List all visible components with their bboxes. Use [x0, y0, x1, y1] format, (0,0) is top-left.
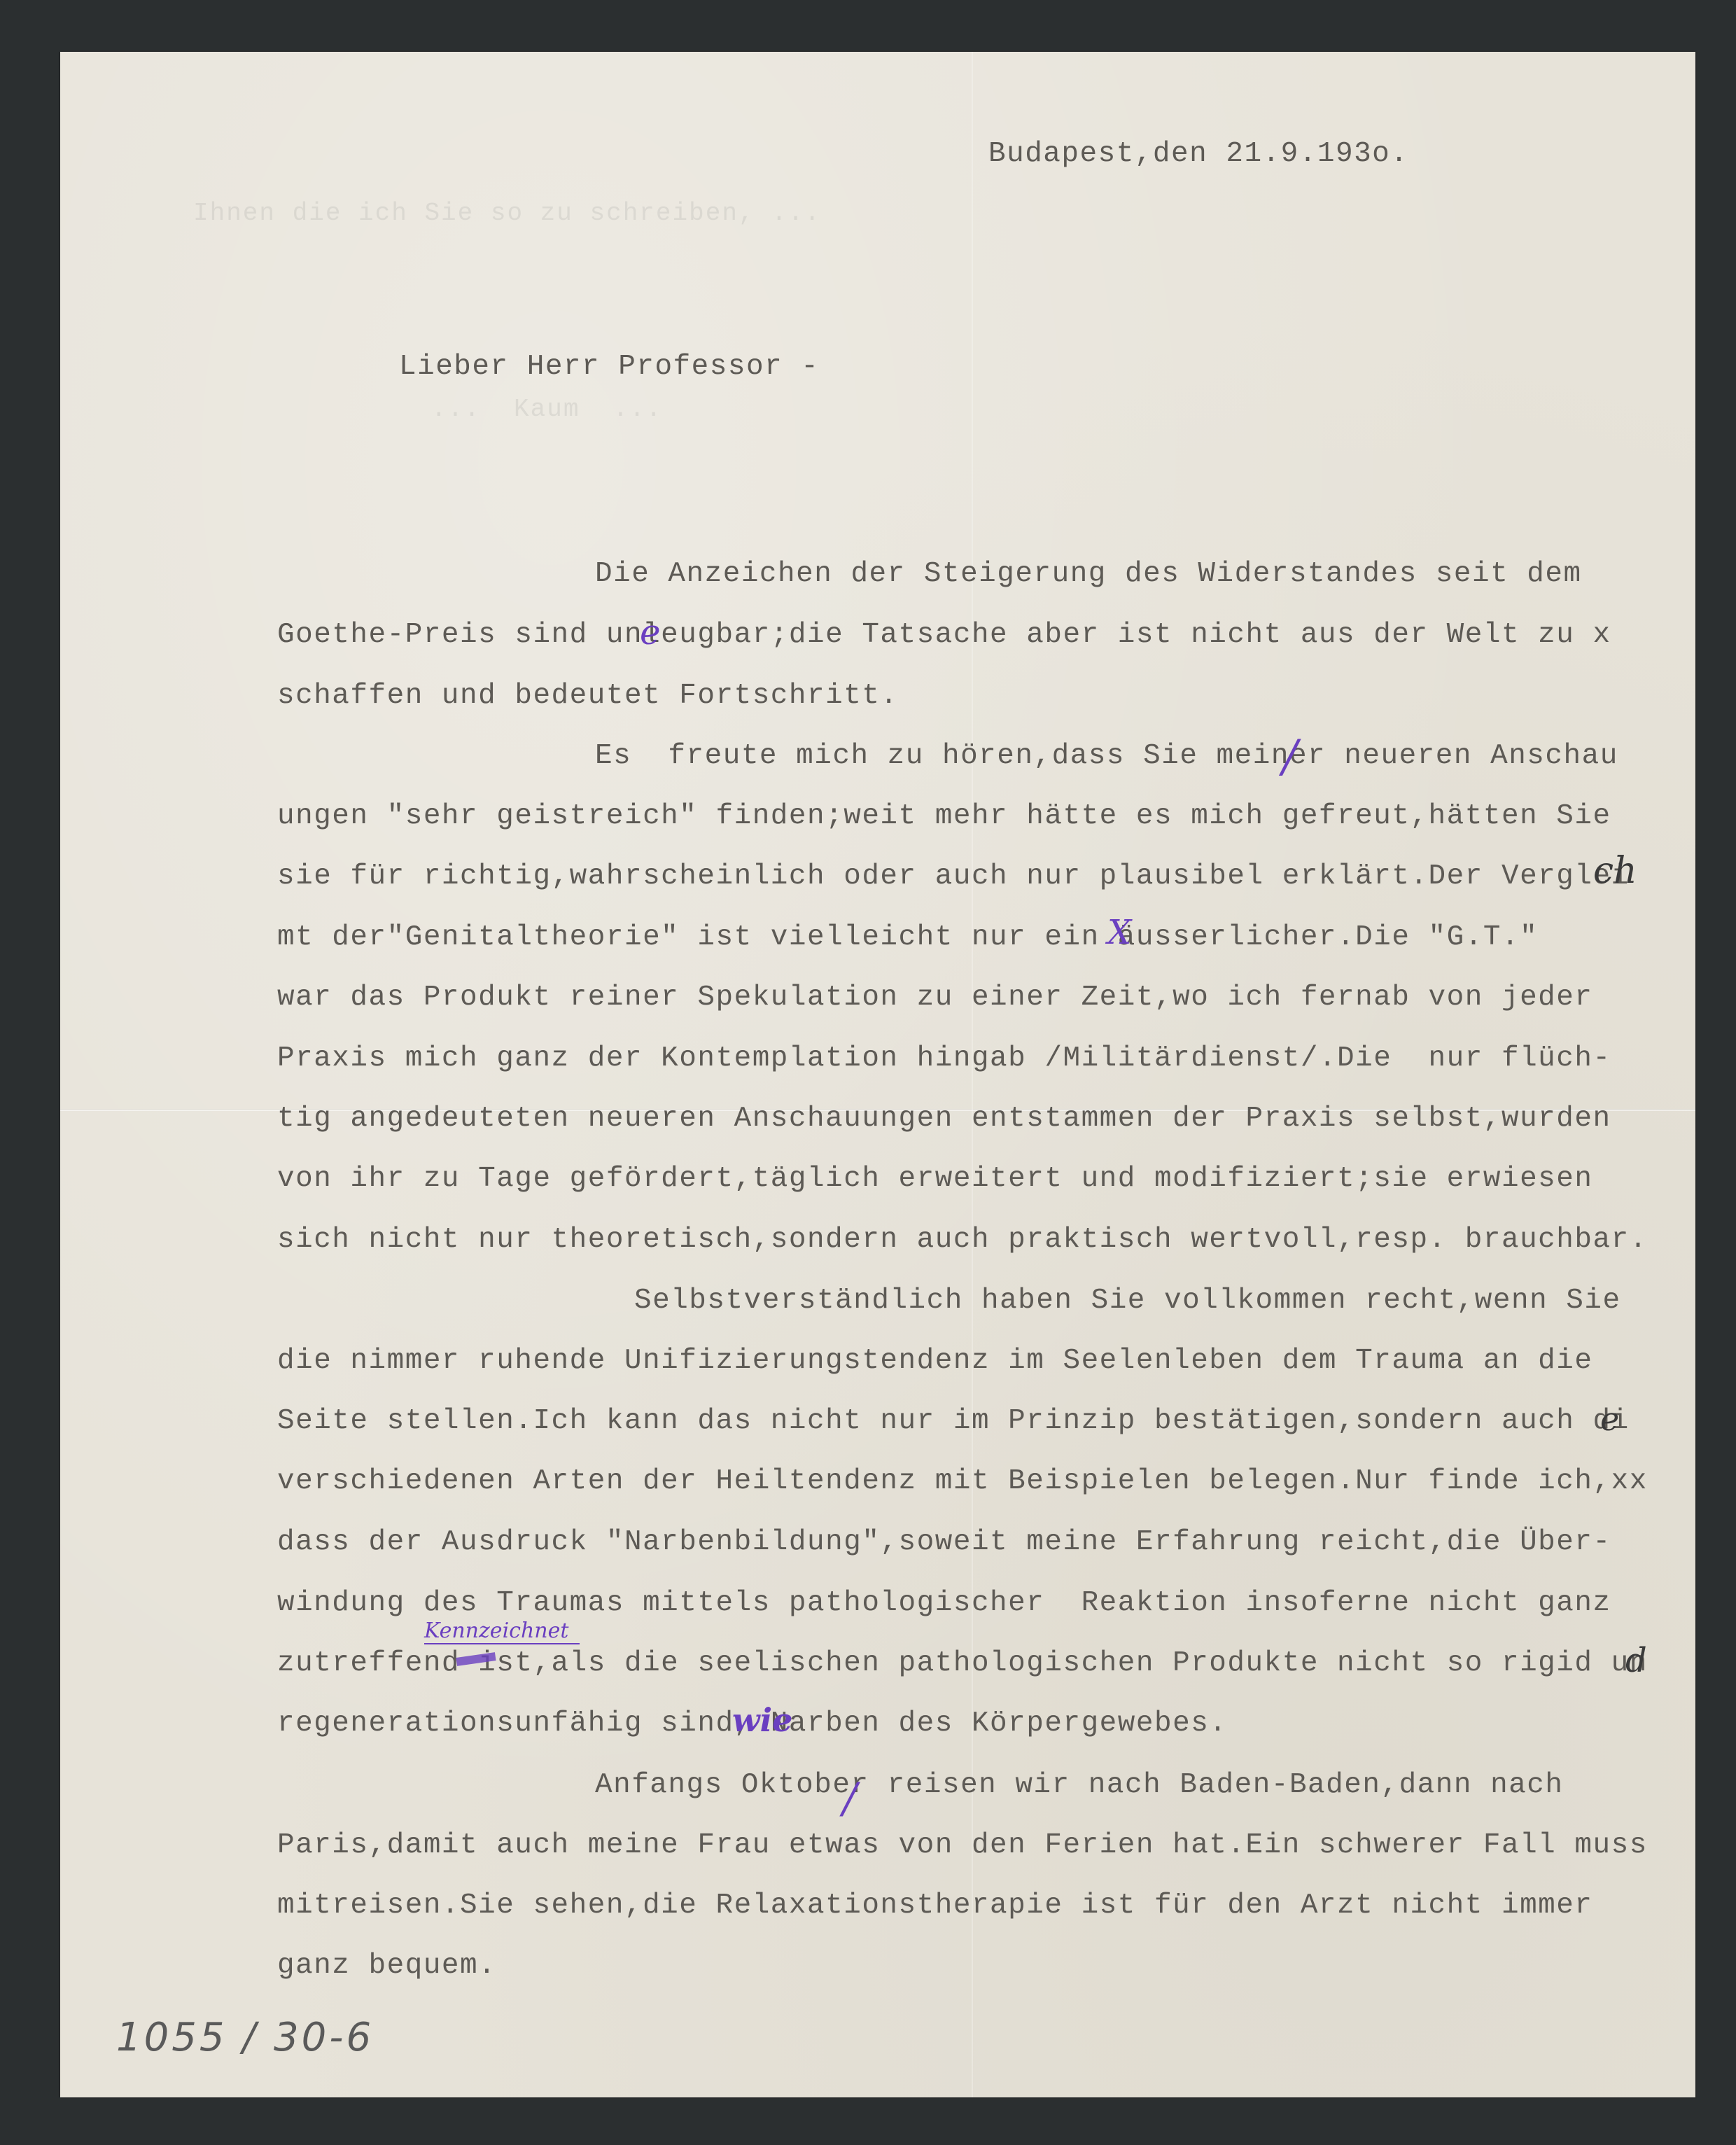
body-line: Es freute mich zu hören,dass Sie meiner … — [595, 742, 1618, 771]
body-line: dass der Ausdruck "Narbenbildung",soweit… — [277, 1528, 1611, 1557]
body-line: tig angedeuteten neueren Anschauungen en… — [277, 1105, 1611, 1133]
handwritten-strike: X — [1107, 913, 1131, 952]
body-line: Selbstverständlich haben Sie vollkommen … — [634, 1287, 1621, 1315]
body-line: war das Produkt reiner Spekulation zu ei… — [277, 984, 1593, 1012]
handwritten-insertion: Kennzeichnet — [424, 1619, 580, 1644]
body-line: Praxis mich ganz der Kontemplation hinga… — [277, 1044, 1611, 1073]
body-line: ungen "sehr geistreich" finden;weit mehr… — [277, 802, 1611, 831]
body-line: mitreisen.Sie sehen,die Relaxationsthera… — [277, 1892, 1593, 1920]
handwritten-strike: / — [843, 1774, 857, 1823]
body-line: Paris,damit auch meine Frau etwas von de… — [277, 1831, 1648, 1860]
body-line: Seite stellen.Ich kann das nicht nur im … — [277, 1407, 1630, 1436]
body-line: die nimmer ruhende Unifizierungstendenz … — [277, 1347, 1593, 1376]
body-line: Anfangs Oktober reisen wir nach Baden-Ba… — [595, 1771, 1564, 1800]
handwritten-strike: / — [1282, 731, 1298, 783]
archive-number: 1055 / 30-6 — [116, 2015, 374, 2060]
body-line: sich nicht nur theoretisch,sondern auch … — [277, 1226, 1648, 1255]
body-line: mt der"Genitaltheorie" ist vielleicht nu… — [277, 923, 1538, 952]
bleed-through-text: ... Kaum ... — [431, 395, 662, 424]
bleed-through-text: Ihnen die ich Sie so zu schreiben, ... — [193, 199, 821, 228]
handwritten-correction: e — [640, 612, 661, 652]
body-line: windung des Traumas mittels pathologisch… — [277, 1589, 1611, 1618]
handwritten-insertion: wie — [732, 1701, 792, 1739]
handwritten-correction: d — [1625, 1641, 1647, 1680]
handwritten-correction: e — [1600, 1400, 1619, 1438]
body-line: sie für richtig,wahrscheinlich oder auch… — [277, 862, 1630, 891]
salutation: Lieber Herr Professor - — [399, 353, 819, 382]
handwritten-correction: ch — [1593, 850, 1637, 892]
body-line: Goethe-Preis sind unleugbar;die Tatsache… — [277, 621, 1611, 650]
letter-page: Ihnen die ich Sie so zu schreiben, ... .… — [60, 52, 1695, 2097]
body-line: von ihr zu Tage gefördert,täglich erweit… — [277, 1165, 1593, 1194]
body-line: verschiedenen Arten der Heiltendenz mit … — [277, 1467, 1648, 1496]
place-date: Budapest,den 21.9.193o. — [988, 140, 1408, 169]
body-line: Die Anzeichen der Steigerung des Widerst… — [595, 560, 1582, 589]
body-line: schaffen und bedeutet Fortschritt. — [277, 682, 899, 711]
body-line: ganz bequem. — [277, 1952, 496, 1980]
